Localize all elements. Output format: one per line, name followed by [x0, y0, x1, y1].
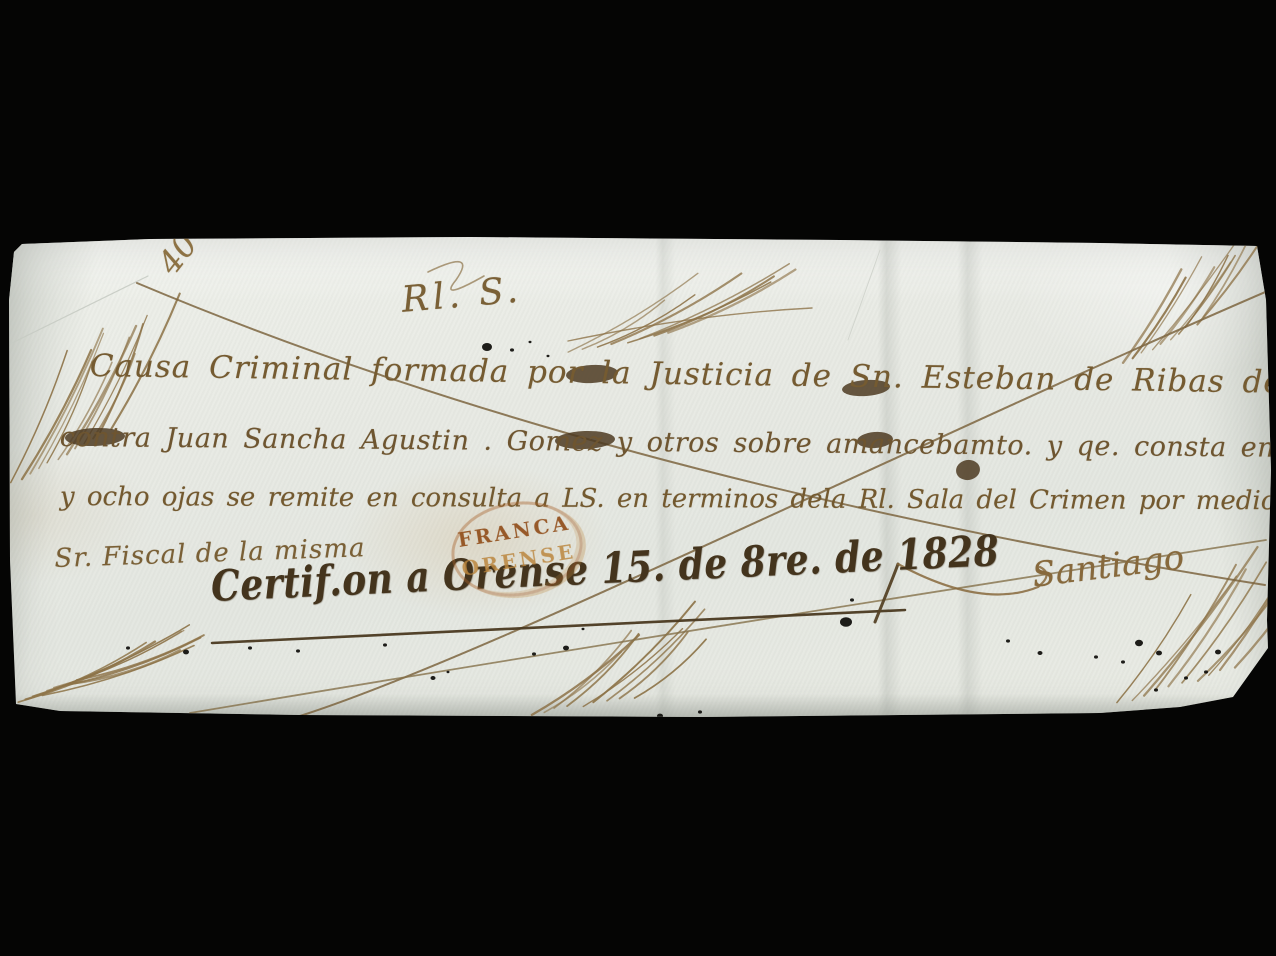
- real-servicio-heading: Rl. S.: [400, 270, 523, 321]
- manuscript-line-1: Causa Criminal formada por la Justicia d…: [89, 348, 1276, 402]
- ink-decorations: [8, 236, 1272, 718]
- photo-black-background: 40 Rl. S. Causa Criminal formada por la …: [0, 0, 1276, 956]
- letter-paper: 40 Rl. S. Causa Criminal formada por la …: [8, 236, 1272, 718]
- manuscript-line-3: y ocho ojas se remite en consulta a LS. …: [60, 482, 1276, 516]
- destination-santiago: Santiago: [1030, 537, 1186, 595]
- flourish-hatches: [11, 237, 1272, 714]
- manuscript-line-2: contra Juan Sancha Agustin . Gomez y otr…: [60, 422, 1276, 465]
- postal-rate-marking: 40: [150, 226, 205, 281]
